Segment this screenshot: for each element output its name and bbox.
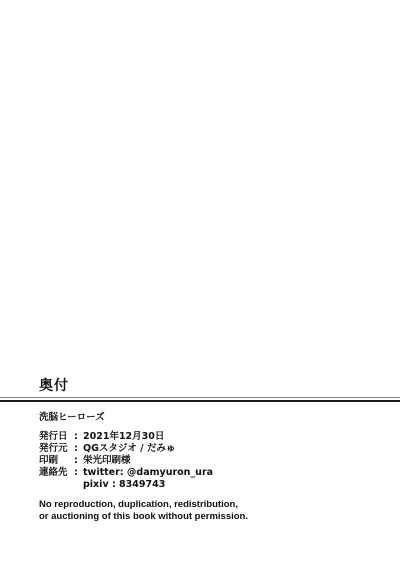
divider-gray — [0, 397, 400, 398]
info-row-contact: 連絡先 : twitter: @damyuron_ura — [39, 467, 213, 479]
info-value: 栄光印刷様 — [83, 455, 131, 467]
info-row-publisher: 発行元 : QGスタジオ / だみゅ — [39, 443, 213, 455]
book-title: 洗脳ヒーローズ — [39, 409, 105, 423]
info-separator: : — [74, 431, 83, 443]
info-separator: : — [74, 455, 83, 467]
info-label: 発行元 — [39, 443, 74, 455]
info-row-publish-date: 発行日 : 2021年12月30日 — [39, 431, 213, 443]
info-row-printer: 印刷 : 栄光印刷様 — [39, 455, 213, 467]
copyright-notice: No reproduction, duplication, redistribu… — [39, 499, 248, 523]
info-value: twitter: @damyuron_ura — [83, 467, 213, 479]
divider-black — [0, 400, 400, 402]
info-value: QGスタジオ / だみゅ — [83, 443, 175, 455]
colophon-heading: 奥付 — [39, 375, 69, 395]
info-label: 連絡先 — [39, 467, 74, 479]
notice-line: or auctioning of this book without permi… — [39, 511, 248, 523]
info-separator: : — [74, 443, 83, 455]
publication-info: 発行日 : 2021年12月30日 発行元 : QGスタジオ / だみゅ 印刷 … — [39, 431, 213, 491]
info-value: 2021年12月30日 — [83, 431, 164, 443]
notice-line: No reproduction, duplication, redistribu… — [39, 499, 248, 511]
info-separator: : — [74, 467, 83, 479]
info-label: 発行日 — [39, 431, 74, 443]
info-row-pixiv: pixiv : 8349743 — [39, 479, 213, 491]
info-label: 印刷 — [39, 455, 74, 467]
info-value: pixiv : 8349743 — [83, 479, 165, 491]
